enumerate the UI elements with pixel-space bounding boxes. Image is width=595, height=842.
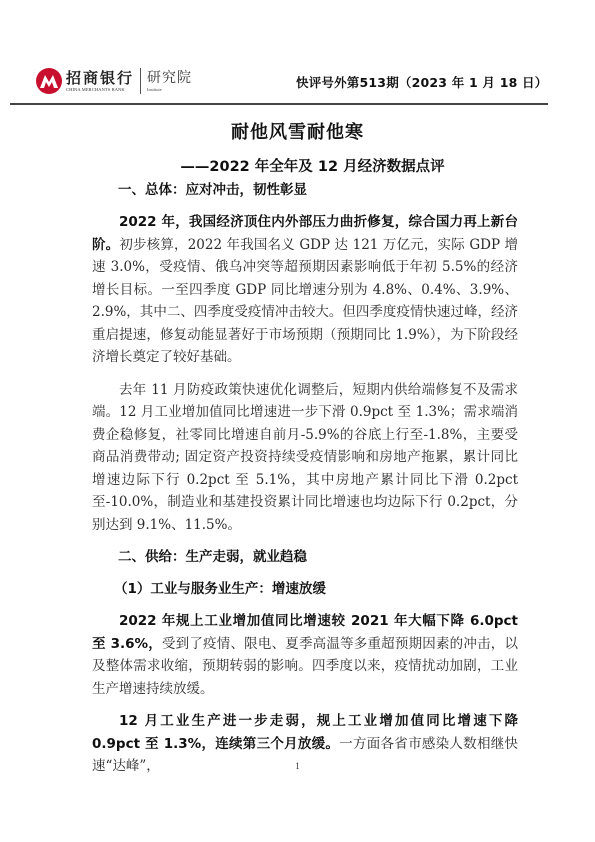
logo-divider — [140, 68, 141, 94]
paragraph: 2022 年，我国经济顶住内外部压力曲折修复，综合国力再上新台阶。初步核算，20… — [92, 211, 518, 369]
report-title: 耐他风雪耐他寒 — [0, 118, 595, 144]
report-subtitle: ——2022 年全年及 12 月经济数据点评 — [0, 155, 595, 176]
institute-name-en: Institute — [147, 87, 192, 93]
paragraph-text: 去年 11 月防疫政策快速优化调整后，短期内供给端修复不及需求端。12 月工业增… — [92, 382, 518, 533]
cmb-logo-icon — [36, 68, 62, 94]
cmb-institute-logo: 招商银行 CHINA MERCHANTS BANK 研究院 Institute — [36, 66, 192, 96]
bank-name-cn: 招商银行 — [66, 70, 134, 87]
paragraph-text: 初步核算，2022 年我国名义 GDP 达 121 万亿元，实际 GDP 增速 … — [92, 237, 518, 366]
paragraph: 2022 年规上工业增加值同比增速较 2021 年大幅下降 6.0pct 至 3… — [92, 610, 518, 700]
issue-label: 快评号外第513期（2023 年 1 月 18 日） — [296, 73, 547, 91]
header-rule — [10, 103, 548, 105]
bank-name-en: CHINA MERCHANTS BANK — [66, 87, 134, 93]
report-body: 一、总体：应对冲击，韧性彰显 2022 年，我国经济顶住内外部压力曲折修复，综合… — [92, 179, 518, 788]
page-number: 1 — [0, 761, 595, 771]
section-heading: 二、供给：生产走弱，就业趋稳 — [118, 546, 518, 568]
section-heading: 一、总体：应对冲击，韧性彰显 — [118, 179, 518, 201]
paragraph: 去年 11 月防疫政策快速优化调整后，短期内供给端修复不及需求端。12 月工业增… — [92, 379, 518, 537]
subsection-heading: （1）工业与服务业生产：增速放缓 — [114, 578, 518, 600]
institute-name-cn: 研究院 — [147, 70, 192, 87]
report-header: 招商银行 CHINA MERCHANTS BANK 研究院 Institute … — [0, 0, 595, 110]
